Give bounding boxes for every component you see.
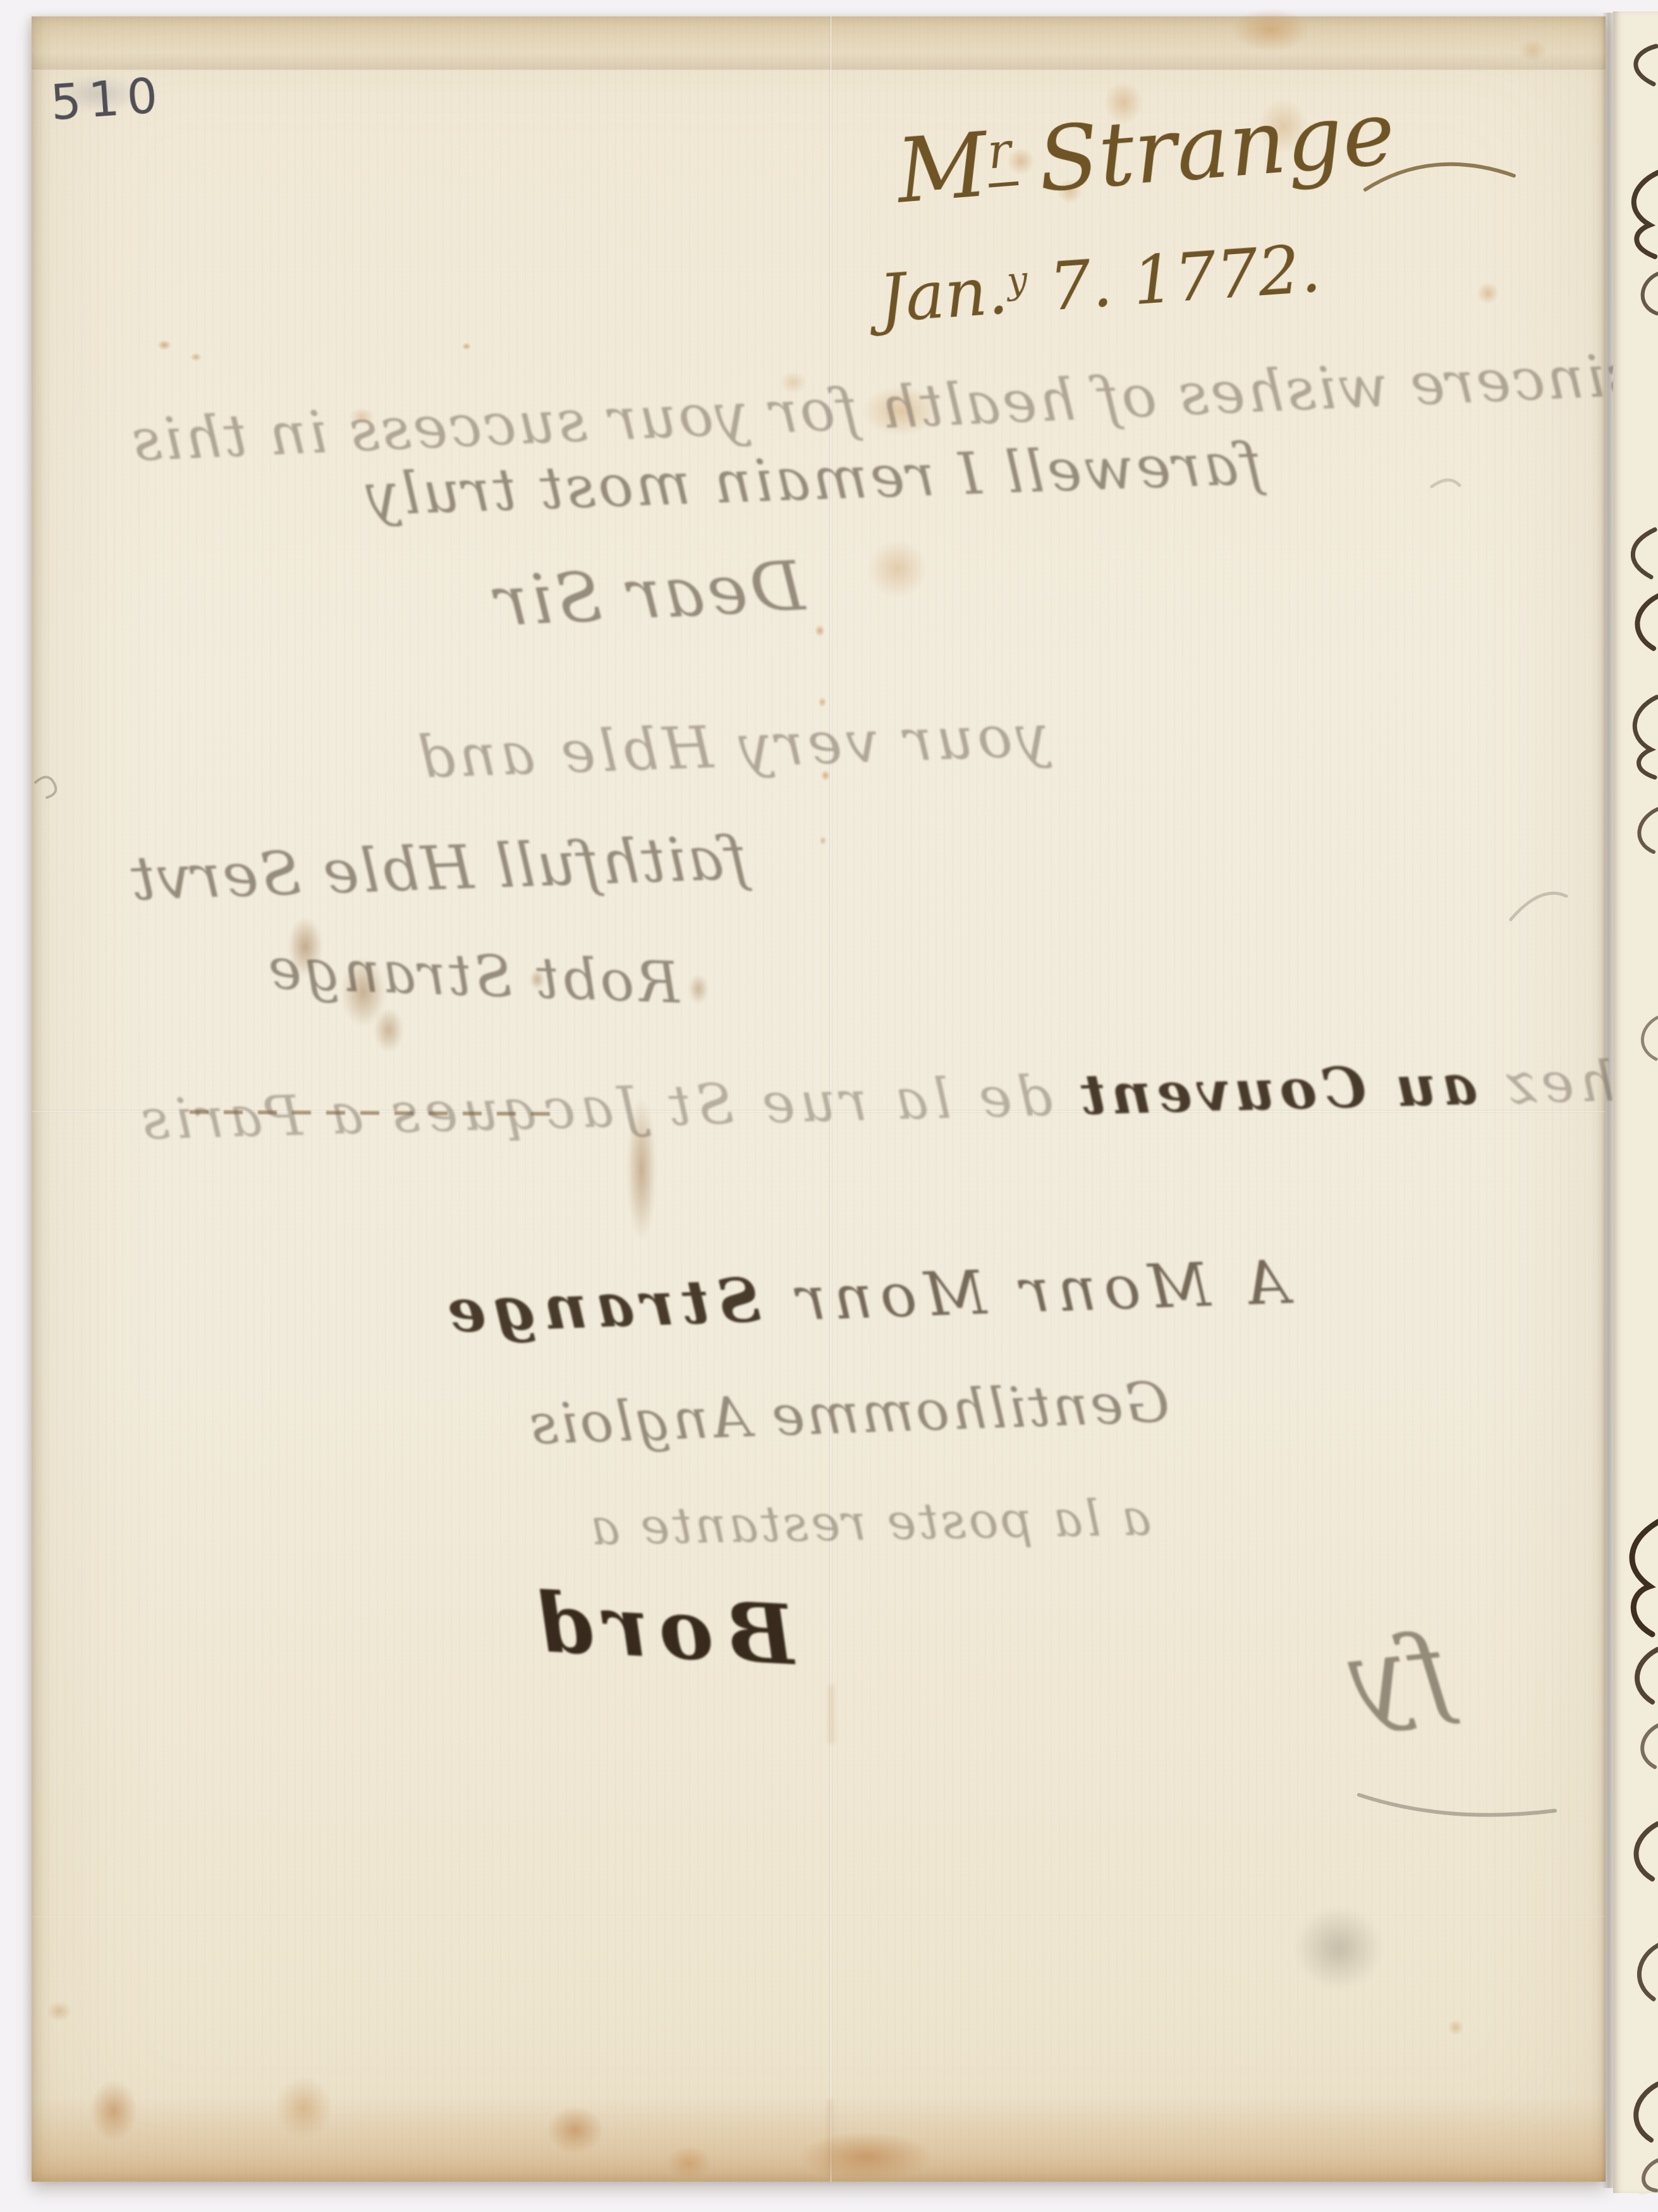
date-prefix: Jan.: [877, 252, 1011, 337]
manuscript-scan: sincere wishes of health for your succes…: [0, 0, 1658, 2212]
show-through-line-10: a la poste restante a: [587, 1490, 1152, 1557]
recipient-prefix: M: [893, 114, 992, 224]
show-through-line-12: fy: [1341, 1610, 1454, 1738]
horizontal-fold-crease-lower: [32, 1915, 1606, 1918]
adjacent-page-sliver: [1613, 11, 1658, 2193]
archive-number: 510: [49, 67, 167, 131]
show-through-line-11: Bord: [522, 1573, 797, 1684]
paper-top-edge-band: [32, 16, 1606, 71]
show-through-line-7-dark-word: au Couvent: [1075, 1051, 1503, 1128]
show-through-line-3: Dear Sir: [491, 547, 807, 642]
show-through-line-8-dark-word: Strange: [438, 1263, 790, 1347]
recipient-superscript: r: [984, 122, 1019, 187]
paper-bottom-stain-band: [32, 2097, 1606, 2182]
date-superscript: y: [1006, 259, 1029, 302]
page-edge-shadow: [1602, 13, 1614, 2188]
